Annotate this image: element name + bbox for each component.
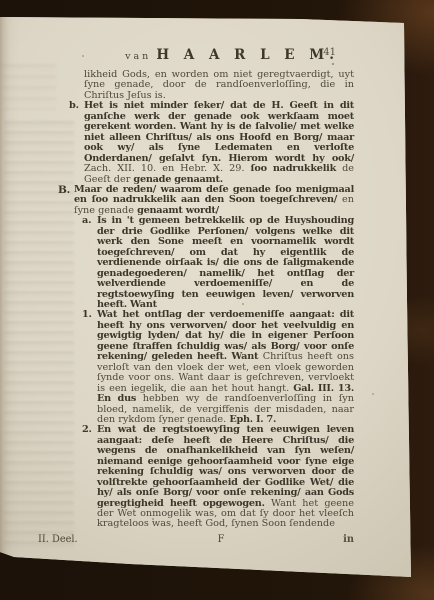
text-segment-fraktur: Eph. I. 7. [229,414,276,425]
page-title: H A A R L E M. [156,47,339,63]
text-segment-fraktur: Het is niet minder ſeker/ dat de H. Geeſ… [84,100,354,163]
paragraph: a.Is in 't gemeen betrekkelik op de Huys… [97,216,354,310]
page-number: 41 [323,47,336,58]
text-block: likheid Gods, en worden om niet geregtva… [0,70,354,530]
paragraph-marker: b. [69,101,79,111]
paragraph: B.Maar de reden/ waarom deſe genade ſoo … [74,185,354,216]
paragraph: 1.Wat het ontſlag der verdoemeniſſe aang… [97,310,354,425]
text-segment-fraktur: ſoo nadrukkelik [251,163,343,174]
text-segment-fraktur: Maar de reden/ waarom deſe genade ſoo me… [74,184,354,205]
paragraph-marker: 1. [82,310,92,320]
signature-mark: F [148,534,294,545]
running-header: van H A A R L E M. 41 [84,44,380,63]
paragraph-marker: a. [82,216,91,226]
paragraph: b.Het is niet minder ſeker/ dat de H. Ge… [84,101,354,185]
volume-label: II. Deel. [38,534,148,545]
paragraph: 2.En wat de regtstoewyſing ten eeuwigen … [97,425,354,530]
paragraph-marker: B. [58,185,70,195]
header-prefix: van [125,51,151,62]
text-segment-roman: likheid Gods, en worden om niet geregtva… [84,69,354,101]
text-segment-roman: Zach. XII. 10. en Hebr. X. 29. [84,163,251,174]
page-content: van H A A R L E M. 41 likheid Gods, en w… [0,17,408,545]
text-segment-fraktur: En wat de regtstoewyſing ten eeuwigen le… [97,424,354,508]
text-segment-fraktur: genaamt wordt/ [137,205,219,216]
catchword: in [294,534,354,545]
paragraph-marker: 2. [82,425,92,435]
text-segment-fraktur: genade genaamt. [133,174,222,185]
book-page: van H A A R L E M. 41 likheid Gods, en w… [0,0,434,600]
paragraph: likheid Gods, en worden om niet geregtva… [84,70,354,101]
text-segment-fraktur: Is in 't gemeen betrekkelik op de Huysho… [97,215,354,310]
page-footer: II. Deel. F in [38,534,354,545]
photo-background: van H A A R L E M. 41 likheid Gods, en w… [0,0,434,600]
